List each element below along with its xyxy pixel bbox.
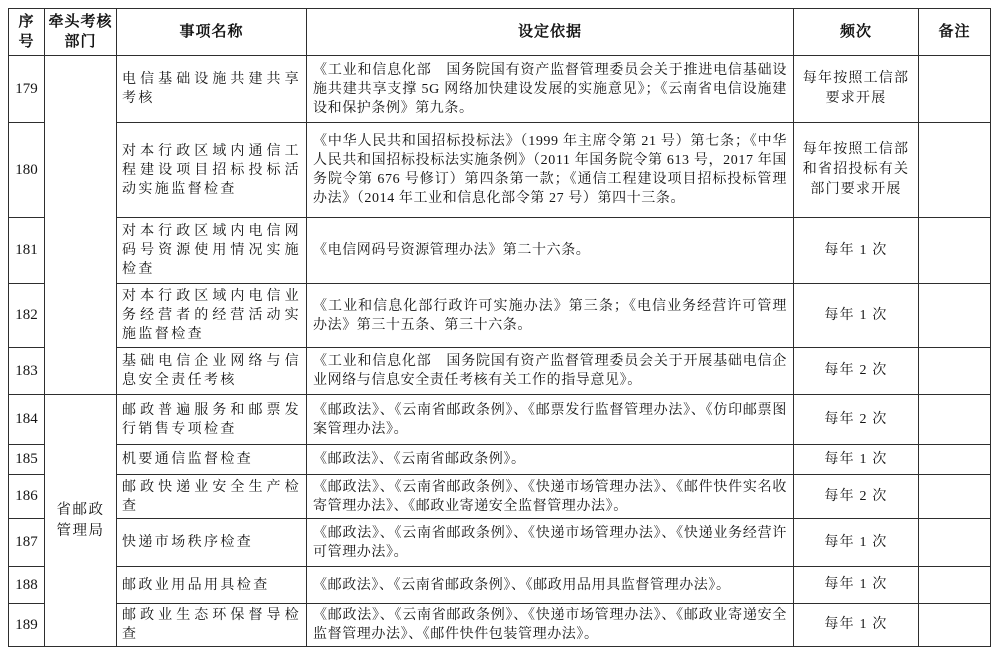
item-basis: 《电信网码号资源管理办法》第二十六条。 xyxy=(307,218,794,284)
item-frequency: 每年 1 次 xyxy=(794,519,919,567)
item-basis: 《邮政法》、《云南省邮政条例》、《快递市场管理办法》、《邮件快件实名收寄管理办法… xyxy=(307,475,794,519)
col-header-remark: 备注 xyxy=(919,9,991,56)
item-basis: 《邮政法》、《云南省邮政条例》、《快递市场管理办法》、《邮政业寄递安全监督管理办… xyxy=(307,604,794,647)
item-basis: 《工业和信息化部行政许可实施办法》第三条；《电信业务经营许可管理办法》第三十五条… xyxy=(307,284,794,348)
item-name: 对本行政区域内电信网码号资源使用情况实施检查 xyxy=(117,218,307,284)
item-remark xyxy=(919,445,991,475)
item-basis: 《工业和信息化部 国务院国有资产监督管理委员会关于开展基础电信企业网络与信息安全… xyxy=(307,348,794,395)
row-index: 180 xyxy=(9,123,45,218)
header-row: 序号 牵头考核部门 事项名称 设定依据 频次 备注 xyxy=(9,9,991,56)
table-row-185: 185 机要通信监督检查 《邮政法》、《云南省邮政条例》。 每年 1 次 xyxy=(9,445,991,475)
table-row-182: 182 对本行政区域内电信业务经营者的经营活动实施监督检查 《工业和信息化部行政… xyxy=(9,284,991,348)
item-basis: 《邮政法》、《云南省邮政条例》、《邮票发行监督管理办法》、《仿印邮票图案管理办法… xyxy=(307,395,794,445)
table-row-184: 184 省邮政管理局 邮政普遍服务和邮票发行销售专项检查 《邮政法》、《云南省邮… xyxy=(9,395,991,445)
item-remark xyxy=(919,519,991,567)
item-remark xyxy=(919,567,991,604)
item-frequency: 每年 2 次 xyxy=(794,348,919,395)
table-row-180: 180 对本行政区域内通信工程建设项目招标投标活动实施监督检查 《中华人民共和国… xyxy=(9,123,991,218)
document-page: 序号 牵头考核部门 事项名称 设定依据 频次 备注 179 电信基础设施共建共享… xyxy=(0,0,1000,650)
item-frequency: 每年 2 次 xyxy=(794,475,919,519)
item-name: 电信基础设施共建共享考核 xyxy=(117,56,307,123)
table-row-189: 189 邮政业生态环保督导检查 《邮政法》、《云南省邮政条例》、《快递市场管理办… xyxy=(9,604,991,647)
item-remark xyxy=(919,475,991,519)
assessment-items-table: 序号 牵头考核部门 事项名称 设定依据 频次 备注 179 电信基础设施共建共享… xyxy=(8,8,991,647)
row-index: 181 xyxy=(9,218,45,284)
item-remark xyxy=(919,56,991,123)
item-name: 对本行政区域内通信工程建设项目招标投标活动实施监督检查 xyxy=(117,123,307,218)
item-basis: 《中华人民共和国招标投标法》（1999 年主席令第 21 号）第七条；《中华人民… xyxy=(307,123,794,218)
row-index: 187 xyxy=(9,519,45,567)
item-frequency: 每年 1 次 xyxy=(794,567,919,604)
row-index: 182 xyxy=(9,284,45,348)
col-header-index: 序号 xyxy=(9,9,45,56)
row-index: 184 xyxy=(9,395,45,445)
table-row-188: 188 邮政业用品用具检查 《邮政法》、《云南省邮政条例》、《邮政用品用具监督管… xyxy=(9,567,991,604)
table-row-183: 183 基础电信企业网络与信息安全责任考核 《工业和信息化部 国务院国有资产监督… xyxy=(9,348,991,395)
col-header-name: 事项名称 xyxy=(117,9,307,56)
row-index: 186 xyxy=(9,475,45,519)
item-name: 基础电信企业网络与信息安全责任考核 xyxy=(117,348,307,395)
item-basis: 《邮政法》、《云南省邮政条例》、《邮政用品用具监督管理办法》。 xyxy=(307,567,794,604)
item-frequency: 每年按照工信部要求开展 xyxy=(794,56,919,123)
row-index: 185 xyxy=(9,445,45,475)
item-remark xyxy=(919,395,991,445)
item-remark xyxy=(919,218,991,284)
item-name: 邮政业生态环保督导检查 xyxy=(117,604,307,647)
col-header-basis: 设定依据 xyxy=(307,9,794,56)
item-name: 机要通信监督检查 xyxy=(117,445,307,475)
row-index: 179 xyxy=(9,56,45,123)
table-row-187: 187 快递市场秩序检查 《邮政法》、《云南省邮政条例》、《快递市场管理办法》、… xyxy=(9,519,991,567)
row-index: 189 xyxy=(9,604,45,647)
item-frequency: 每年 1 次 xyxy=(794,604,919,647)
col-header-department: 牵头考核部门 xyxy=(45,9,117,56)
item-remark xyxy=(919,284,991,348)
table-row-179: 179 电信基础设施共建共享考核 《工业和信息化部 国务院国有资产监督管理委员会… xyxy=(9,56,991,123)
col-header-frequency: 频次 xyxy=(794,9,919,56)
item-name: 邮政快递业安全生产检查 xyxy=(117,475,307,519)
item-name: 快递市场秩序检查 xyxy=(117,519,307,567)
department-cell-blank xyxy=(45,56,117,395)
item-remark xyxy=(919,123,991,218)
table-row-181: 181 对本行政区域内电信网码号资源使用情况实施检查 《电信网码号资源管理办法》… xyxy=(9,218,991,284)
item-basis: 《邮政法》、《云南省邮政条例》、《快递市场管理办法》、《快递业务经营许可管理办法… xyxy=(307,519,794,567)
item-name: 邮政业用品用具检查 xyxy=(117,567,307,604)
department-cell-postal: 省邮政管理局 xyxy=(45,395,117,647)
item-frequency: 每年 1 次 xyxy=(794,284,919,348)
table-row-186: 186 邮政快递业安全生产检查 《邮政法》、《云南省邮政条例》、《快递市场管理办… xyxy=(9,475,991,519)
item-remark xyxy=(919,604,991,647)
item-remark xyxy=(919,348,991,395)
row-index: 188 xyxy=(9,567,45,604)
item-basis: 《邮政法》、《云南省邮政条例》。 xyxy=(307,445,794,475)
item-frequency: 每年 2 次 xyxy=(794,395,919,445)
item-name: 邮政普遍服务和邮票发行销售专项检查 xyxy=(117,395,307,445)
item-frequency: 每年 1 次 xyxy=(794,218,919,284)
item-frequency: 每年 1 次 xyxy=(794,445,919,475)
item-name: 对本行政区域内电信业务经营者的经营活动实施监督检查 xyxy=(117,284,307,348)
item-frequency: 每年按照工信部和省招投标有关部门要求开展 xyxy=(794,123,919,218)
item-basis: 《工业和信息化部 国务院国有资产监督管理委员会关于推进电信基础设施共建共享支撑 … xyxy=(307,56,794,123)
row-index: 183 xyxy=(9,348,45,395)
